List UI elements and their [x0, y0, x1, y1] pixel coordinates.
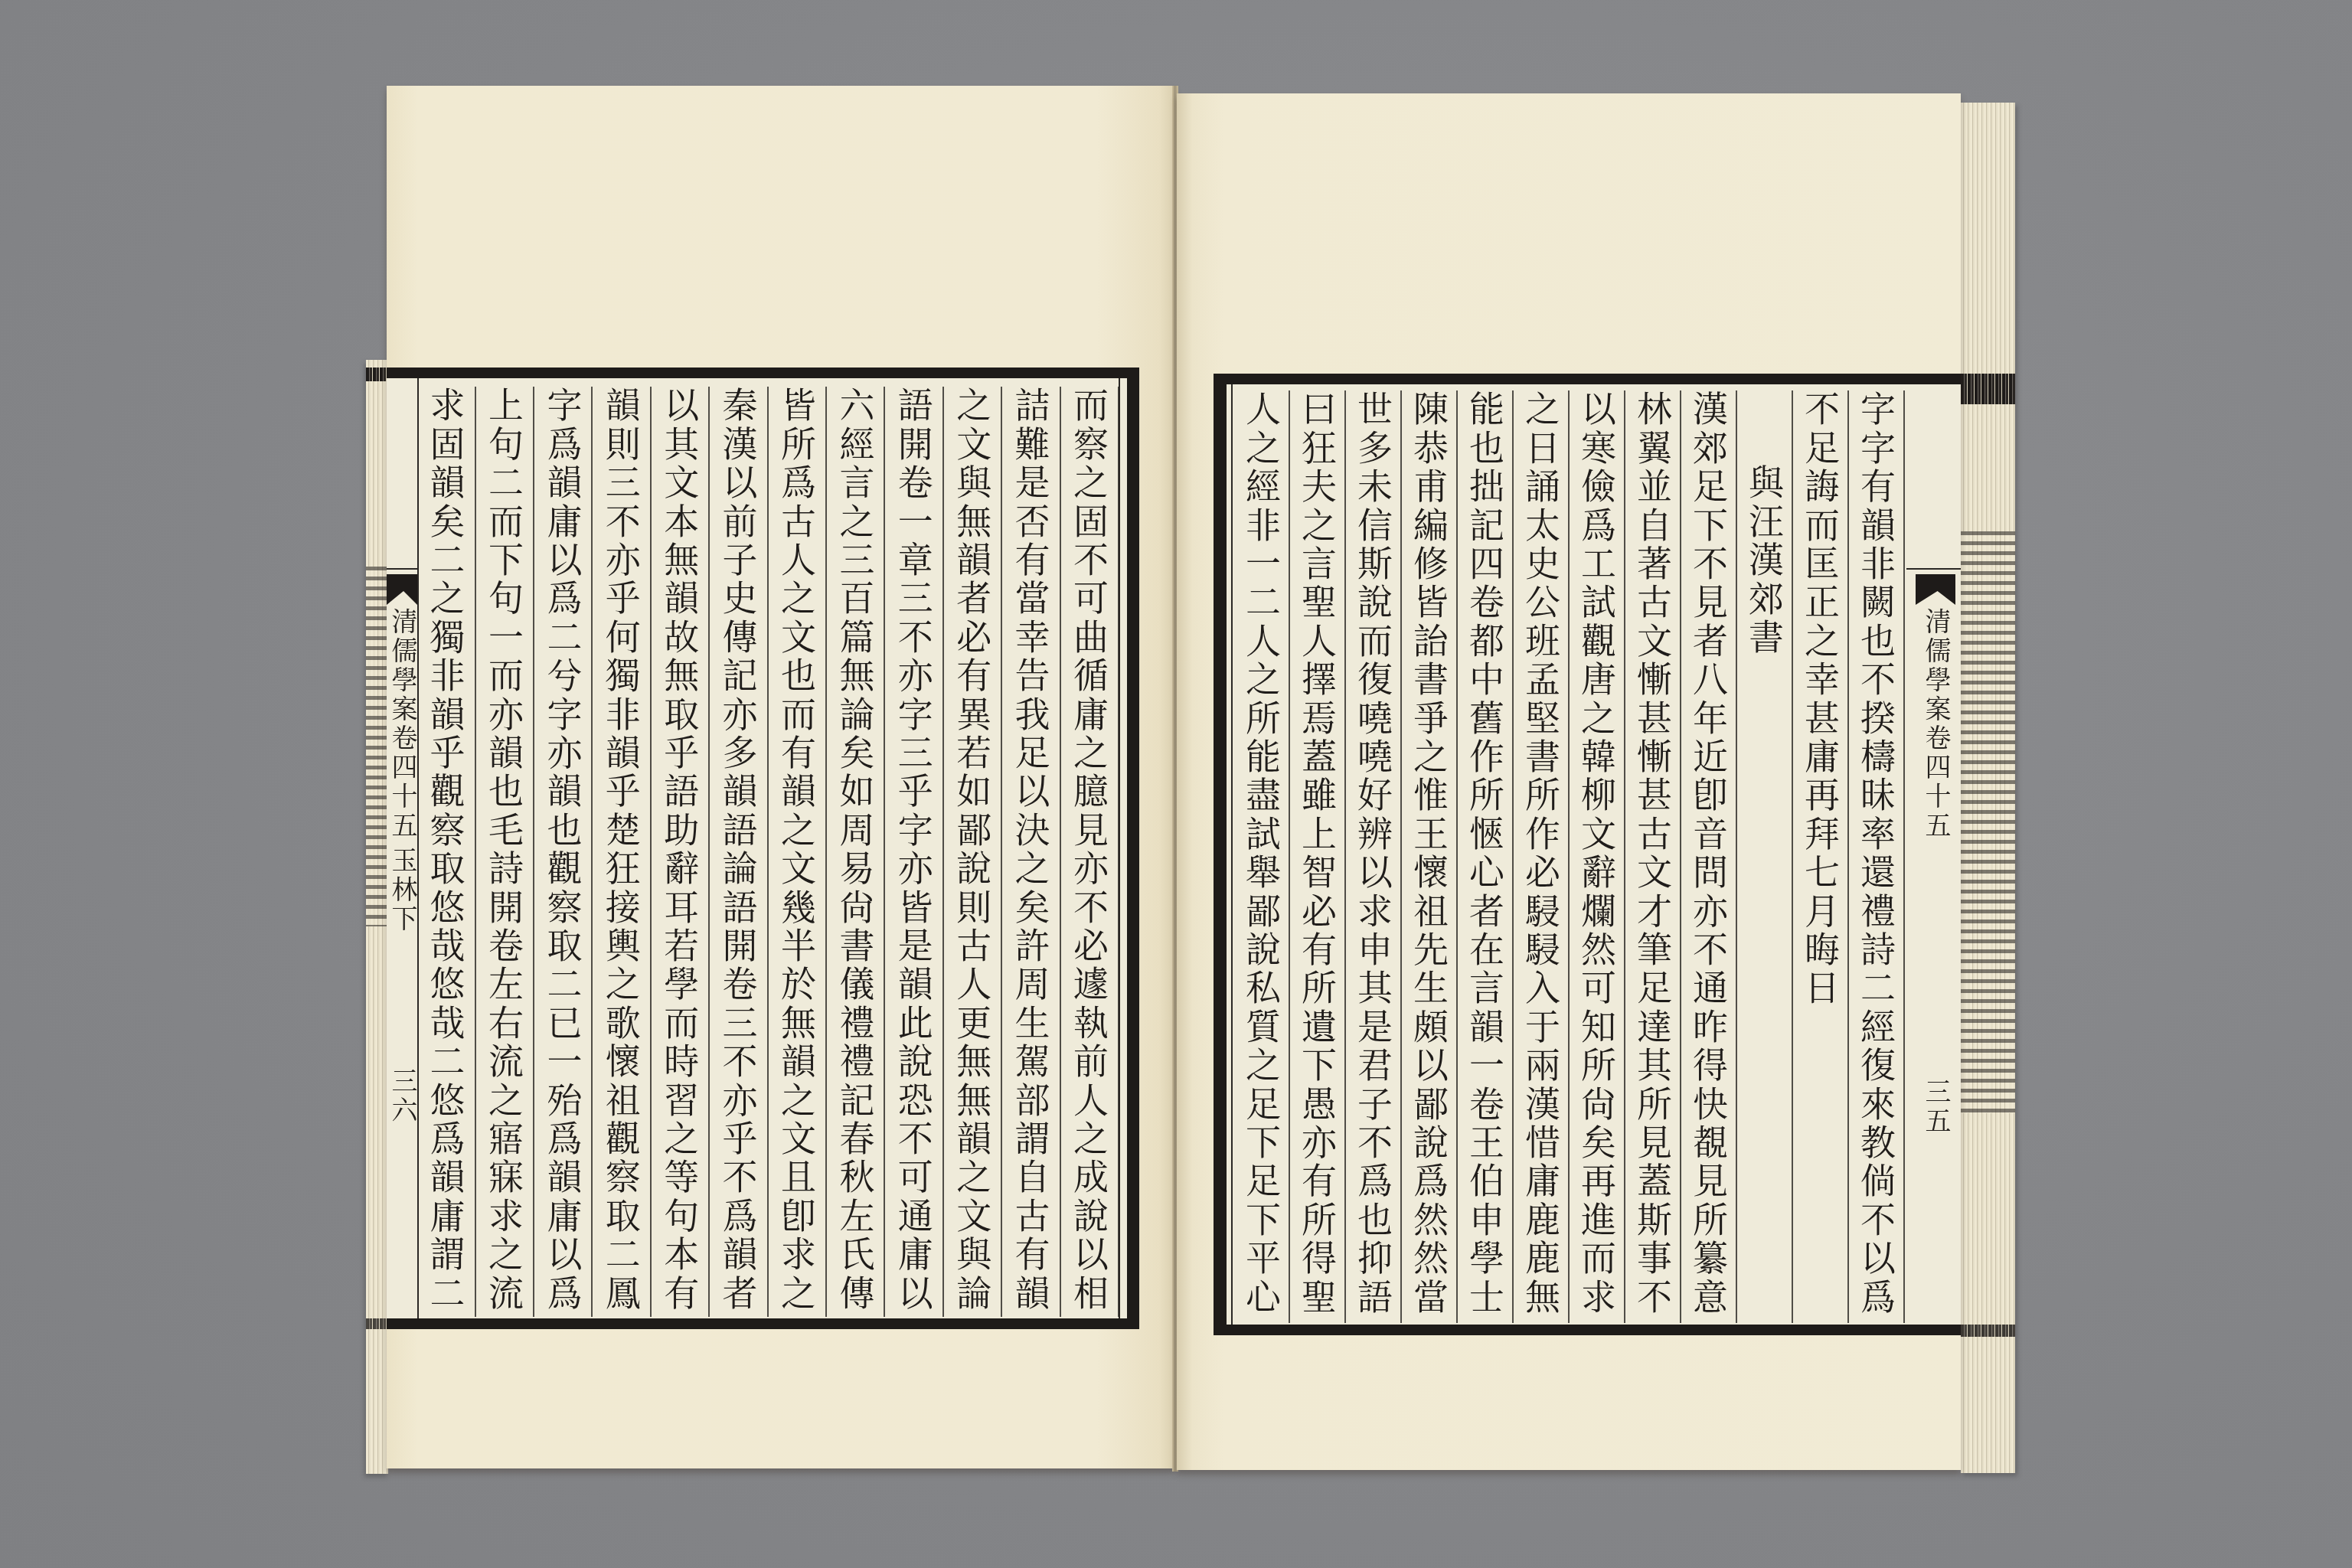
fish-tail-icon	[1916, 574, 1955, 605]
text-column: 陳恭甫編修皆詒書爭之惟王懷祖先生頗以鄙說爲然然當	[1402, 390, 1458, 1323]
text-frame: 清儒學案卷四十五 玉林下 三六 而察之固不可曲循庸之臆見亦不必遽執前人之成說以相…	[387, 367, 1139, 1329]
text-column: 詰難是否有當幸告我足以決之矣許周生駕部謂自古有韻	[1002, 387, 1060, 1317]
right-page: 清儒學案卷四十五 三五 字字有韻非闕也不揆檮昧率還禮詩二經復來教倘不以爲 不足誨…	[1177, 93, 1961, 1470]
text-column: 不足誨而匡正之幸甚庸再拜七月晦日	[1793, 390, 1849, 1323]
text-column: 字字有韻非闕也不揆檮昧率還禮詩二經復來教倘不以爲	[1849, 390, 1905, 1323]
text-column: 六經言之三百篇無論矣如周易尙書儀禮禮記春秋左氏傳	[827, 387, 885, 1317]
text-column: 語開卷一章三不亦字三乎字亦皆是韻此說恐不可通庸以	[885, 387, 943, 1317]
text-column: 上句二而下句一而亦韻也毛詩開卷左右流之寤寐求之流	[476, 387, 534, 1317]
text-column: 字爲韻庸以爲二兮字亦韻也觀察取二已一殆爲韻庸以爲	[534, 387, 593, 1317]
page-number: 三六	[387, 1067, 417, 1125]
banxin-divider	[387, 568, 417, 570]
banxin-title: 清儒學案卷四十五	[387, 608, 417, 841]
text-column: 以寒儉爲工試觀唐之韓柳文辭爛然可知所尙矣再進而求	[1570, 390, 1625, 1323]
text-column: 世多未信斯說而復嘵嘵好辨以求申其是君子不爲也抑語	[1346, 390, 1402, 1323]
left-page-edges	[366, 360, 388, 1474]
text-column: 林翼並自著古文慚甚慚甚古文才筆足達其所見蓋斯事不	[1625, 390, 1681, 1323]
banxin-section: 玉林下	[387, 847, 417, 934]
text-column: 秦漢以前子史傳記亦多韻語論語開卷三不亦乎不爲韻者	[710, 387, 768, 1317]
stacked-frame-edges	[1961, 1325, 2015, 1337]
stacked-banxin-edges	[366, 567, 388, 926]
text-column: 漢郊足下不見者八年近卽音問亦不通昨得快覩見所纂意	[1681, 390, 1737, 1323]
text-column: 皆所爲古人之文也而有韻之文幾半於無韻之文且卽求之	[769, 387, 827, 1317]
banxin-divider	[1906, 568, 1961, 570]
stacked-frame-edges	[1961, 374, 2015, 404]
text-column: 曰狂夫之言聖人擇焉蓋雖上智必有所遺下愚亦有所得聖	[1290, 390, 1346, 1323]
text-column: 而察之固不可曲循庸之臆見亦不必遽執前人之成說以相	[1061, 387, 1119, 1317]
text-column: 韻則三不亦乎何獨非韻乎楚狂接輿之歌懷祖觀察取二鳳	[593, 387, 651, 1317]
banxin-title: 清儒學案卷四十五	[1920, 608, 1951, 841]
fish-tail-icon	[387, 574, 417, 605]
right-page-edges	[1961, 103, 2015, 1473]
stacked-banxin-edges	[1961, 531, 2015, 1113]
left-page: 清儒學案卷四十五 玉林下 三六 而察之固不可曲循庸之臆見亦不必遽執前人之成說以相…	[387, 86, 1175, 1468]
text-column: 能也拙記四卷都中舊作所愜心者在言韻一卷王伯申學士	[1458, 390, 1514, 1323]
text-column: 之日誦太史公班孟堅書所作必駸駸入于兩漢惜庸鹿鹿無	[1514, 390, 1570, 1323]
text-column: 以其文本無韻故無取乎語助辭耳若學而時習之等句本有	[652, 387, 710, 1317]
stacked-frame-edges	[366, 1318, 388, 1329]
text-column: 人之經非一二人之所能盡試舉鄙說私質之足下足下平心	[1234, 390, 1290, 1323]
text-column: 求固韻矣二之獨非韻乎觀察取悠哉悠哉二悠爲韻庸謂二	[417, 387, 475, 1317]
text-column: 之文與無韻者必有異若如鄙說則古人更無無韻之文與論	[944, 387, 1002, 1317]
stacked-frame-edges	[366, 367, 388, 381]
page-number: 三五	[1920, 1078, 1951, 1136]
letter-title: 與汪漢郊書	[1737, 390, 1793, 1323]
text-frame: 清儒學案卷四十五 三五 字字有韻非闕也不揆檮昧率還禮詩二經復來教倘不以爲 不足誨…	[1214, 374, 1961, 1335]
